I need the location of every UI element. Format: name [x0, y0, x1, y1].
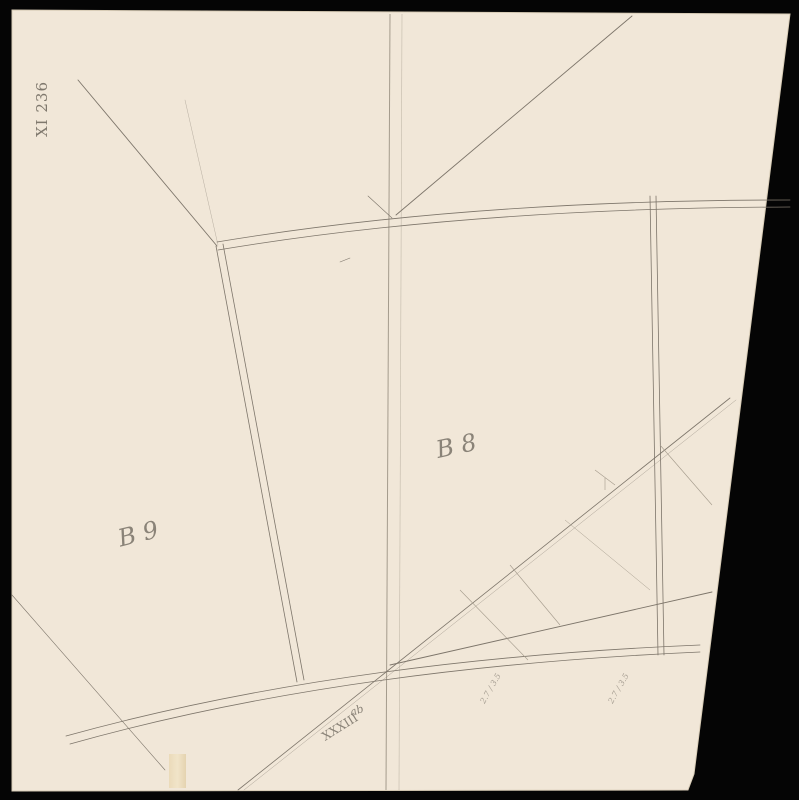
paper-sheet [12, 10, 790, 791]
inventory-number: XI 236 [33, 81, 51, 137]
tape-strip [169, 754, 186, 788]
pencil-drawing [0, 0, 799, 800]
